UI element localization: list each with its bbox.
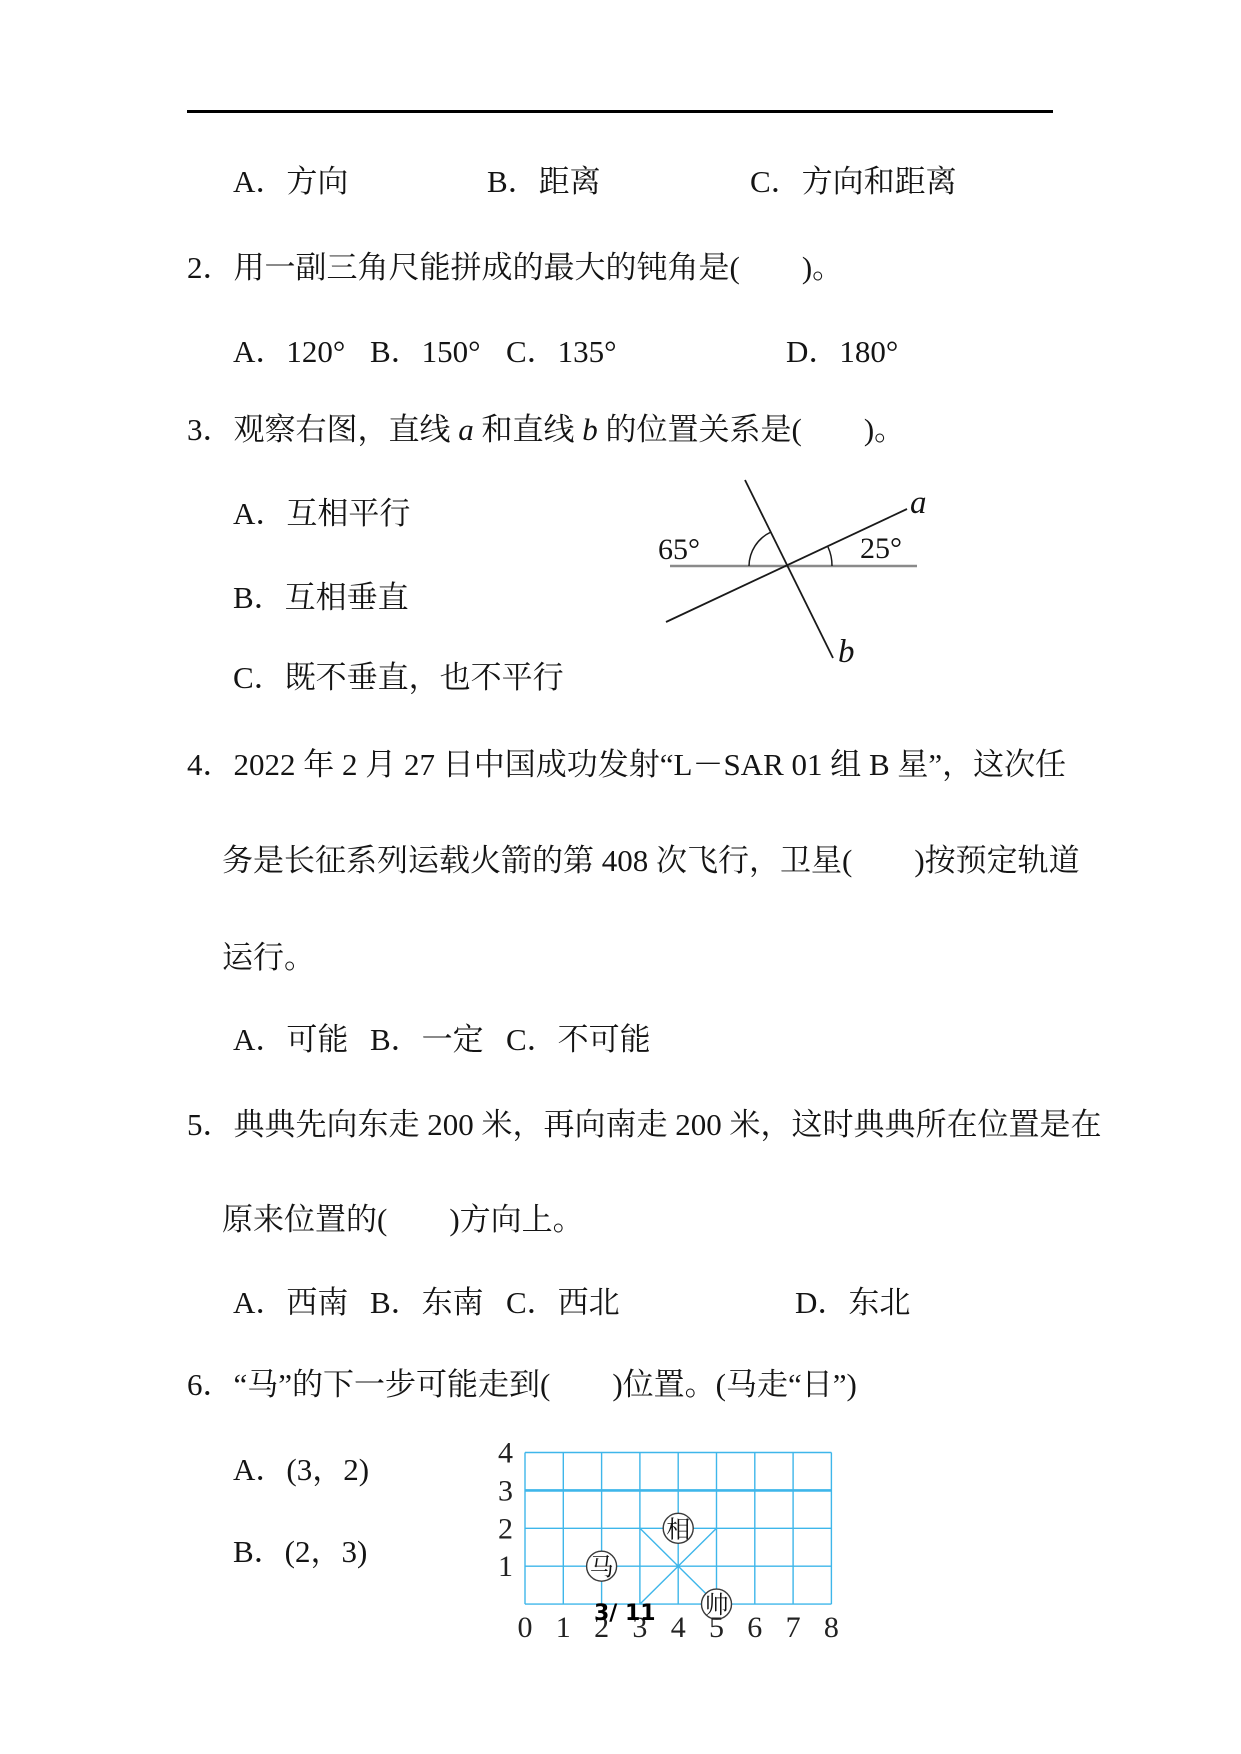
q2-option-d: D．180° [786,334,898,370]
q3-option-a: A．互相平行 [233,496,410,532]
line-b-label: b [838,634,855,670]
q5-option-a: A．西南 [233,1285,348,1321]
question-5-line1: 5．典典先向东走 200 米，再向南走 200 米，这时典典所在位置是在 [187,1107,1102,1143]
grid-y-label: 3 [498,1474,513,1507]
question-2-text: 2．用一副三角尺能拼成的最大的钝角是( )。 [187,250,843,286]
grid-x-label: 7 [786,1611,801,1644]
angle-arc-left [749,532,771,566]
grid-y-label: 2 [498,1512,513,1545]
chess-piece-label: 相 [666,1516,690,1543]
grid-x-label: 6 [747,1611,762,1644]
angle-left-label: 65° [658,533,700,566]
q5-option-b: B．东南 [370,1285,484,1321]
q5-option-c: C．西北 [506,1285,620,1321]
header-rule [187,110,1053,113]
grid-y-label: 4 [498,1437,513,1470]
question-4-line2: 务是长征系列运载火箭的第 408 次飞行，卫星( )按预定轨道 [222,843,1080,879]
grid-x-label: 4 [671,1611,686,1644]
grid-x-label: 0 [518,1611,533,1644]
chess-grid-figure: 马相帅0123456784321 [495,1435,850,1650]
line-b [745,480,833,658]
grid-x-label: 1 [556,1611,571,1644]
question-4-line3: 运行。 [222,940,315,976]
page-footer: 3/ 11 [594,1601,656,1626]
line-a-label: a [910,485,927,521]
angle-right-label: 25° [860,532,902,565]
q6-option-a: A．(3，2) [233,1452,369,1488]
q3-option-b: B．互相垂直 [233,580,409,616]
q2-option-c: C．135° [506,334,617,370]
q4-option-a: A．可能 [233,1022,348,1058]
q1-option-b: B．距离 [487,164,601,200]
q4-option-b: B．一定 [370,1022,484,1058]
angle-arc-right [828,547,832,566]
q4-option-c: C．不可能 [506,1022,651,1058]
grid-y-label: 1 [498,1550,513,1583]
angle-lines-figure: 65° 25° a b [600,430,940,675]
chess-piece-label: 马 [590,1554,614,1581]
q1-option-c: C．方向和距离 [750,164,957,200]
grid-x-label: 5 [709,1611,724,1644]
q2-option-a: A．120° [233,334,345,370]
q2-option-b: B．150° [370,334,481,370]
question-6-text: 6．“马”的下一步可能走到( )位置。(马走“日”) [187,1367,857,1403]
variable-a: a [458,412,474,447]
q3-option-c: C．既不垂直，也不平行 [233,660,564,696]
grid-x-label: 8 [824,1611,839,1644]
question-4-line1: 4．2022 年 2 月 27 日中国成功发射“L－SAR 01 组 B 星”，… [187,747,1066,783]
q1-option-a: A．方向 [233,164,348,200]
q5-option-d: D．东北 [795,1285,910,1321]
document-page: A．方向 B．距离 C．方向和距离 2．用一副三角尺能拼成的最大的钝角是( )。… [0,0,1241,1754]
q6-option-b: B．(2，3) [233,1534,367,1570]
variable-b: b [582,412,598,447]
question-5-line2: 原来位置的( )方向上。 [222,1202,584,1238]
